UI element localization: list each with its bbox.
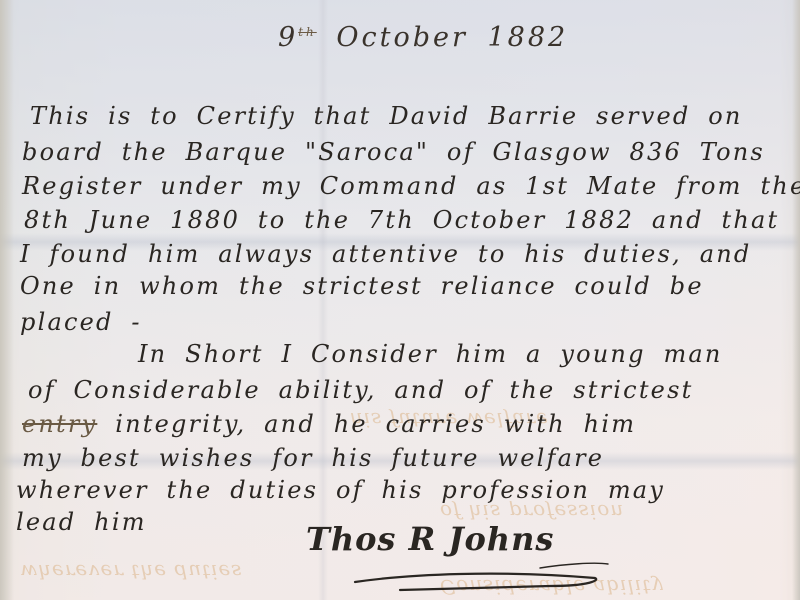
body-line-struck: entry integrity, and he carries with him <box>22 410 636 438</box>
body-line: I found him always attentive to his duti… <box>20 240 751 268</box>
body-line: lead him <box>16 508 147 536</box>
signature-underline-flourish <box>350 560 610 596</box>
paper-vertical-crease <box>318 0 328 600</box>
body-line: my best wishes for his future welfare <box>22 444 604 472</box>
paper-right-edge <box>792 0 800 600</box>
body-line: integrity, and he carries with him <box>115 410 636 438</box>
signature: Thos R Johns <box>306 520 554 558</box>
body-line: wherever the duties of his profession ma… <box>16 476 665 504</box>
body-line: 8th June 1880 to the 7th October 1882 an… <box>24 206 779 234</box>
body-line: This is to Certify that David Barrie ser… <box>30 102 743 130</box>
date-month-year: October 1882 <box>336 22 568 53</box>
paper-left-edge <box>0 0 14 600</box>
bleed-through-text: wherever the duties <box>20 560 243 584</box>
date-day: 9 <box>278 22 298 53</box>
date-day-suffix: th <box>298 25 317 39</box>
body-line: In Short I Consider him a young man <box>138 340 723 368</box>
body-line: placed - <box>20 308 142 336</box>
body-line: Register under my Command as 1st Mate fr… <box>22 172 800 200</box>
body-line: of Considerable ability, and of the stri… <box>28 376 693 404</box>
struck-word: entry <box>22 410 97 438</box>
body-line: One in whom the strictest reliance could… <box>20 272 704 300</box>
body-line: board the Barque "Saroca" of Glasgow 836… <box>22 138 765 166</box>
letter-date: 9th October 1882 <box>278 22 568 53</box>
